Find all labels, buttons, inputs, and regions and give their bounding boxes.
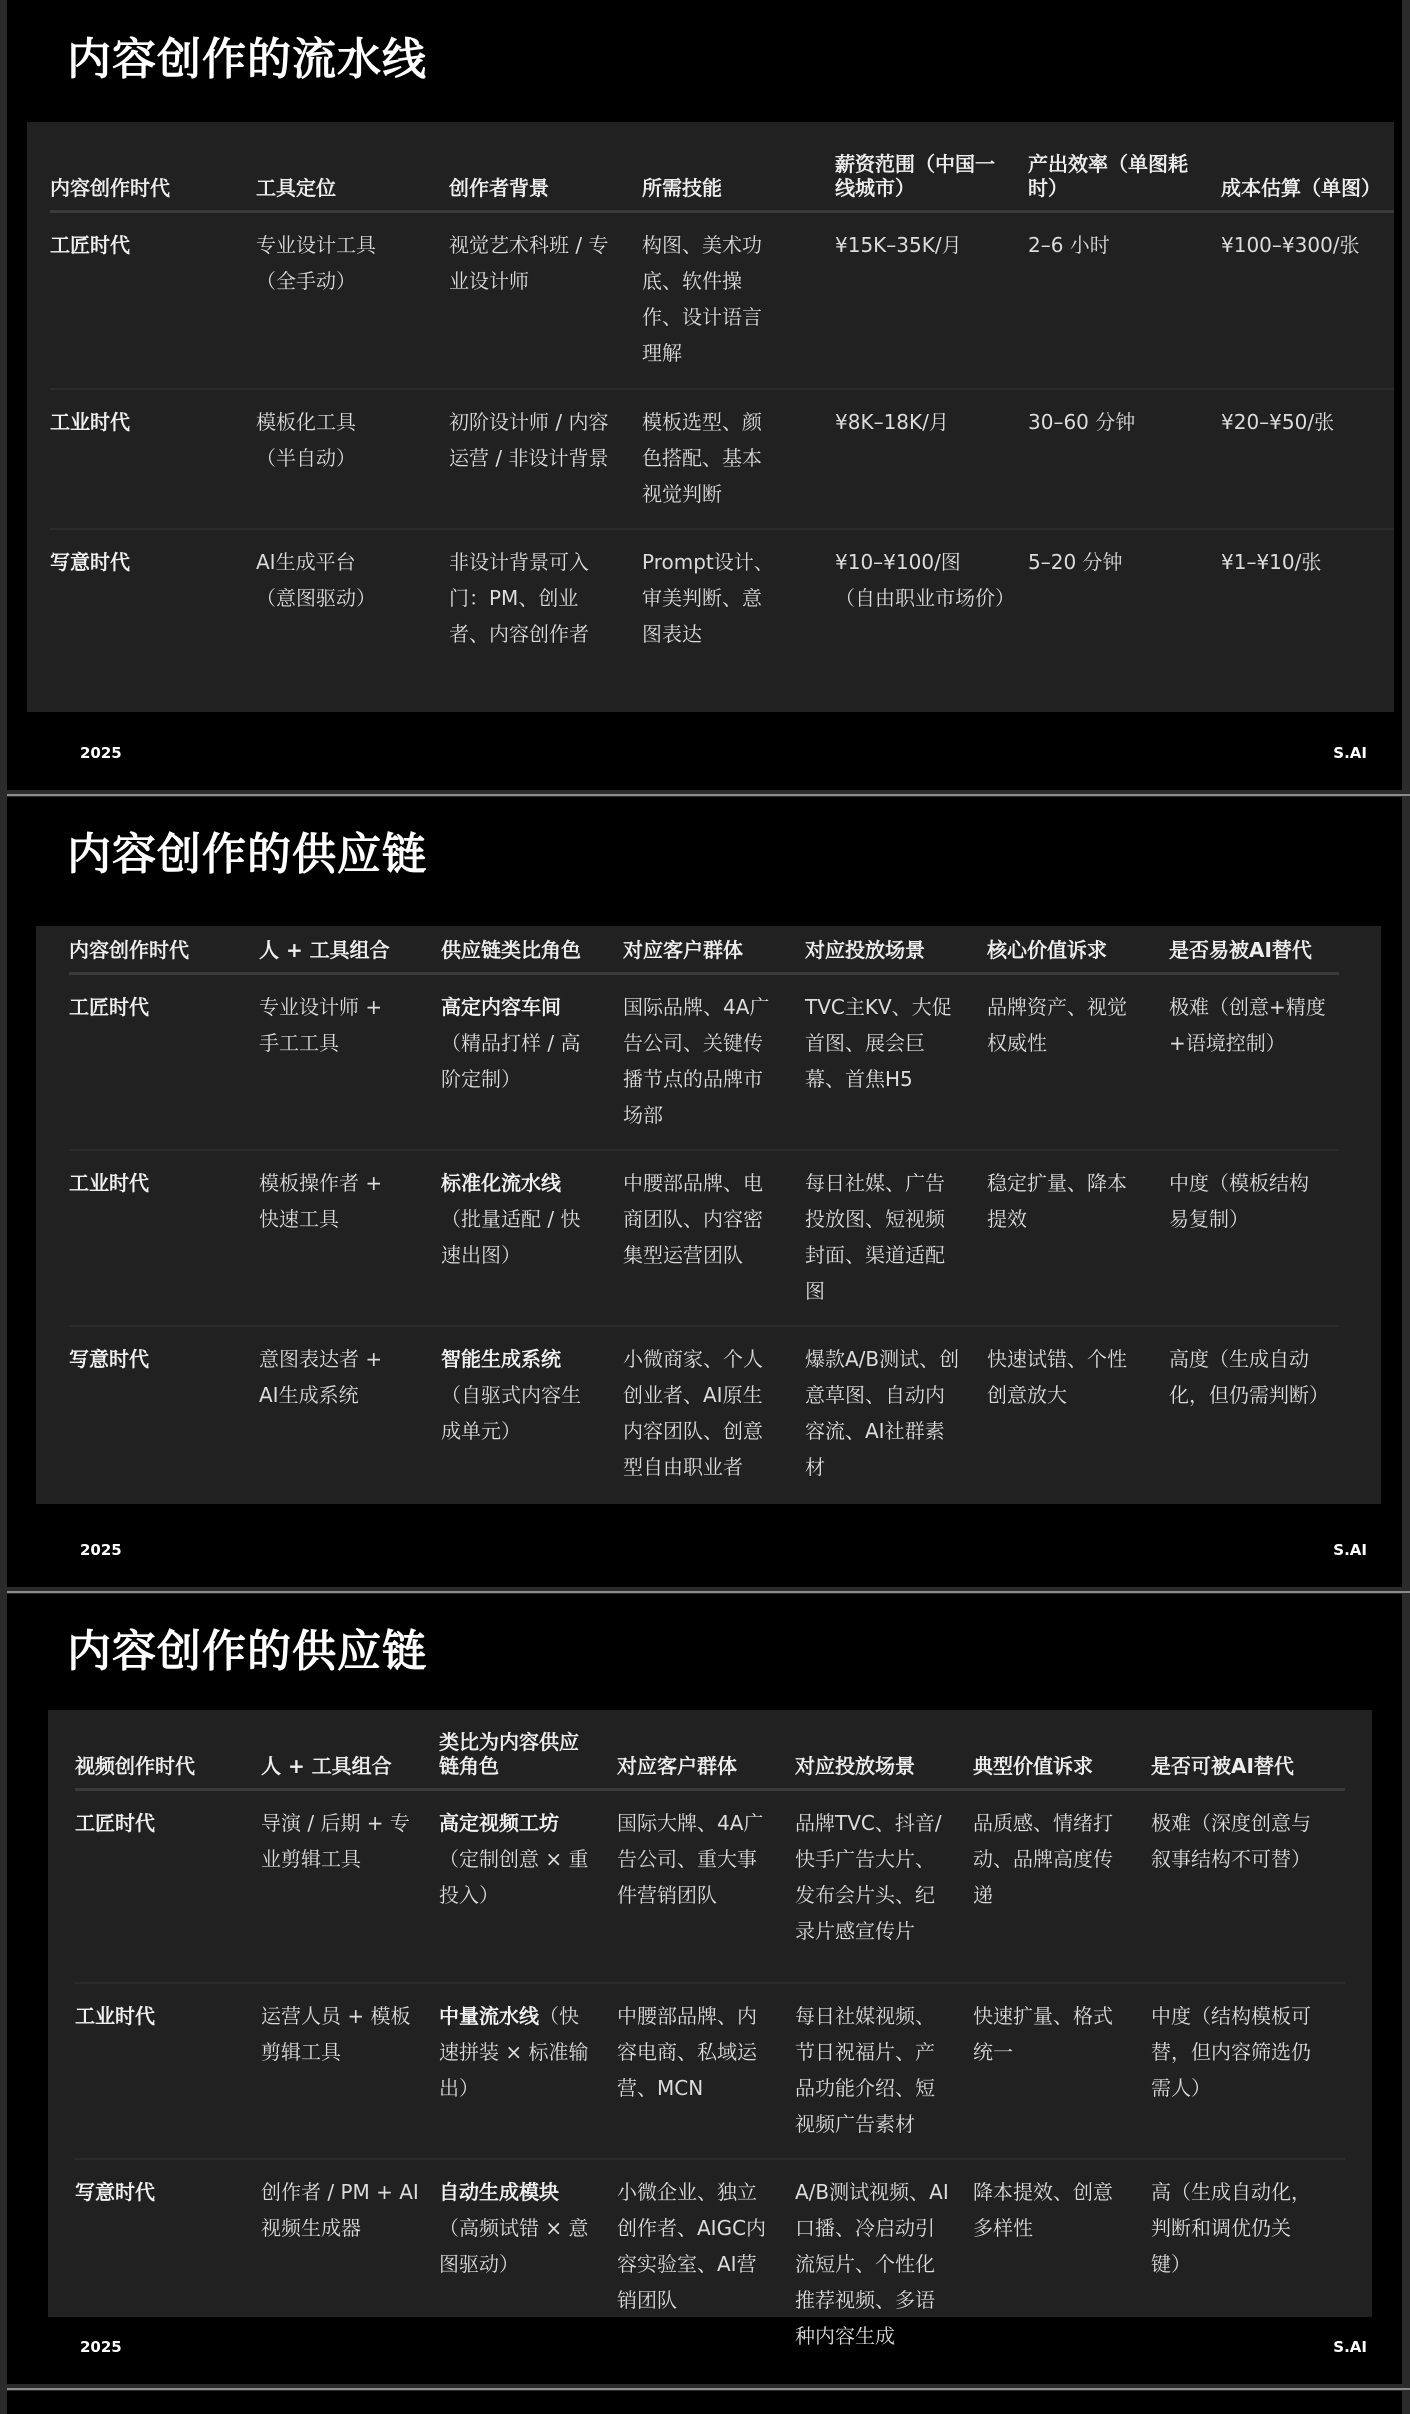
combo-cell: 创作者 / PM + AI视频生成器	[261, 2159, 439, 2370]
role-name: 高定视频工坊	[439, 1811, 559, 1835]
column-header: 薪资范围（中国一线城市）	[835, 152, 1028, 212]
column-header: 典型价值诉求	[973, 1730, 1151, 1790]
table-panel: 内容创作时代 人 + 工具组合 供应链类比角色 对应客户群体 对应投放场景 核心…	[36, 926, 1381, 1504]
customer-cell: 小微企业、独立创作者、AIGC内容实验室、AI营销团队	[617, 2159, 795, 2370]
background-cell: 视觉艺术科班 / 专业设计师	[449, 212, 642, 389]
efficiency-cell: 30–60 分钟	[1028, 389, 1221, 529]
table-row: 工匠时代 专业设计工具 （全手动） 视觉艺术科班 / 专业设计师 构图、美术功底…	[50, 212, 1394, 389]
table-header-row: 内容创作时代 工具定位 创作者背景 所需技能 薪资范围（中国一线城市） 产出效率…	[50, 152, 1394, 212]
role-cell: 高定内容车间（精品打样 / 高阶定制）	[441, 974, 623, 1151]
footer-year: 2025	[80, 744, 122, 762]
column-header: 成本估算（单图）	[1221, 152, 1394, 212]
column-header: 所需技能	[642, 152, 835, 212]
footer-brand: S.AI	[1333, 2338, 1367, 2356]
column-header: 核心价值诉求	[987, 938, 1169, 974]
scenario-cell: 品牌TVC、抖音/快手广告大片、发布会片头、纪录片感宣传片	[795, 1790, 973, 1983]
scenario-cell: A/B测试视频、AI口播、冷启动引流短片、个性化推荐视频、多语种内容生成	[795, 2159, 973, 2370]
column-header: 产出效率（单图耗时）	[1028, 152, 1221, 212]
customer-cell: 国际大牌、4A广告公司、重大事件营销团队	[617, 1790, 795, 1983]
column-header: 供应链类比角色	[441, 938, 623, 974]
customer-cell: 小微商家、个人创业者、AI原生内容团队、创意型自由职业者	[623, 1326, 805, 1516]
value-cell: 快速试错、个性创意放大	[987, 1326, 1169, 1516]
role-cell: 中量流水线（快速拼装 × 标准输出）	[439, 1983, 617, 2159]
slide-supply-chain-image: 内容创作的供应链 内容创作时代 人 + 工具组合 供应链类比角色 对应客户群体 …	[7, 797, 1402, 1587]
cost-cell: ¥20–¥50/张	[1221, 389, 1394, 529]
pipeline-table: 内容创作时代 工具定位 创作者背景 所需技能 薪资范围（中国一线城市） 产出效率…	[50, 152, 1394, 711]
value-cell: 稳定扩量、降本提效	[987, 1150, 1169, 1326]
table-row: 工业时代 模板化工具 （半自动） 初阶设计师 / 内容运营 / 非设计背景 模板…	[50, 389, 1394, 529]
era-cell: 写意时代	[69, 1326, 259, 1516]
combo-cell: 运营人员 + 模板剪辑工具	[261, 1983, 439, 2159]
role-cell: 高定视频工坊（定制创意 × 重投入）	[439, 1790, 617, 1983]
role-detail: （精品打样 / 高阶定制）	[441, 1031, 580, 1091]
ai-replace-cell: 高度（生成自动化，但仍需判断）	[1169, 1326, 1339, 1516]
customer-cell: 中腰部品牌、内容电商、私域运营、MCN	[617, 1983, 795, 2159]
column-header: 对应客户群体	[623, 938, 805, 974]
era-cell: 工匠时代	[50, 212, 256, 389]
scenario-cell: 每日社媒、广告投放图、短视频封面、渠道适配图	[805, 1150, 987, 1326]
footer-year: 2025	[80, 2338, 122, 2356]
role-cell: 自动生成模块（高频试错 × 意图驱动）	[439, 2159, 617, 2370]
ai-replace-cell: 高（生成自动化，判断和调优仍关键）	[1151, 2159, 1345, 2370]
slide-title: 内容创作的供应链	[67, 833, 427, 877]
column-header: 人 + 工具组合	[259, 938, 441, 974]
role-detail: （批量适配 / 快速出图）	[441, 1207, 580, 1267]
salary-cell: ¥8K–18K/月	[835, 389, 1028, 529]
column-header: 是否易被AI替代	[1169, 938, 1339, 974]
slide-title: 内容创作的流水线	[67, 38, 427, 82]
table-row: 工业时代 运营人员 + 模板剪辑工具 中量流水线（快速拼装 × 标准输出） 中腰…	[75, 1983, 1345, 2159]
ai-replace-cell: 极难（创意+精度+语境控制）	[1169, 974, 1339, 1151]
combo-cell: 模板操作者 + 快速工具	[259, 1150, 441, 1326]
slide-divider	[7, 794, 1410, 796]
table-row: 工匠时代 专业设计师 + 手工工具 高定内容车间（精品打样 / 高阶定制） 国际…	[69, 974, 1339, 1151]
era-cell: 工匠时代	[75, 1790, 261, 1983]
tool-cell: 专业设计工具 （全手动）	[256, 212, 449, 389]
footer-brand: S.AI	[1333, 1541, 1367, 1559]
scenario-cell: 爆款A/B测试、创意草图、自动内容流、AI社群素材	[805, 1326, 987, 1516]
table-header-row: 内容创作时代 人 + 工具组合 供应链类比角色 对应客户群体 对应投放场景 核心…	[69, 938, 1339, 974]
ai-replace-cell: 极难（深度创意与叙事结构不可替）	[1151, 1790, 1345, 1983]
era-cell: 工业时代	[69, 1150, 259, 1326]
ai-replace-cell: 中度（模板结构易复制）	[1169, 1150, 1339, 1326]
column-header: 对应投放场景	[805, 938, 987, 974]
efficiency-cell: 2–6 小时	[1028, 212, 1221, 389]
combo-cell: 意图表达者 + AI生成系统	[259, 1326, 441, 1516]
role-name: 智能生成系统	[441, 1347, 561, 1371]
column-header: 类比为内容供应链角色	[439, 1730, 617, 1790]
background-cell: 非设计背景可入门：PM、创业者、内容创作者	[449, 529, 642, 711]
supply-chain-table: 内容创作时代 人 + 工具组合 供应链类比角色 对应客户群体 对应投放场景 核心…	[69, 938, 1339, 1516]
tool-cell: 模板化工具 （半自动）	[256, 389, 449, 529]
era-cell: 写意时代	[50, 529, 256, 711]
role-cell: 智能生成系统（自驱式内容生成单元）	[441, 1326, 623, 1516]
slide-title: 内容创作的供应链	[67, 1630, 427, 1674]
value-cell: 降本提效、创意多样性	[973, 2159, 1151, 2370]
column-header: 内容创作时代	[50, 152, 256, 212]
role-name: 自动生成模块	[439, 2180, 559, 2204]
video-supply-chain-table: 视频创作时代 人 + 工具组合 类比为内容供应链角色 对应客户群体 对应投放场景…	[75, 1730, 1345, 2370]
table-panel: 视频创作时代 人 + 工具组合 类比为内容供应链角色 对应客户群体 对应投放场景…	[48, 1710, 1372, 2317]
column-header: 是否可被AI替代	[1151, 1730, 1345, 1790]
background-cell: 初阶设计师 / 内容运营 / 非设计背景	[449, 389, 642, 529]
column-header: 对应客户群体	[617, 1730, 795, 1790]
slide-divider	[7, 2388, 1410, 2390]
era-cell: 工业时代	[50, 389, 256, 529]
skills-cell: 模板选型、颜色搭配、基本视觉判断	[642, 389, 835, 529]
role-detail: （高频试错 × 意图驱动）	[439, 2216, 588, 2276]
footer-brand: S.AI	[1333, 744, 1367, 762]
slide-divider	[7, 1591, 1410, 1593]
cost-cell: ¥1–¥10/张	[1221, 529, 1394, 711]
role-name: 标准化流水线	[441, 1171, 561, 1195]
column-header: 工具定位	[256, 152, 449, 212]
footer-year: 2025	[80, 1541, 122, 1559]
column-header: 内容创作时代	[69, 938, 259, 974]
slide-supply-chain-video: 内容创作的供应链 视频创作时代 人 + 工具组合 类比为内容供应链角色 对应客户…	[7, 1594, 1402, 2384]
table-row: 写意时代 意图表达者 + AI生成系统 智能生成系统（自驱式内容生成单元） 小微…	[69, 1326, 1339, 1516]
era-cell: 工匠时代	[69, 974, 259, 1151]
cost-cell: ¥100–¥300/张	[1221, 212, 1394, 389]
customer-cell: 中腰部品牌、电商团队、内容密集型运营团队	[623, 1150, 805, 1326]
role-detail: （定制创意 × 重投入）	[439, 1847, 588, 1907]
skills-cell: Prompt设计、审美判断、意图表达	[642, 529, 835, 711]
slide-pipeline: 内容创作的流水线 内容创作时代 工具定位 创作者背景 所需技能 薪资范围（中国一…	[7, 0, 1402, 790]
salary-cell: ¥10–¥100/图 （自由职业市场价）	[835, 529, 1028, 711]
table-row: 工业时代 模板操作者 + 快速工具 标准化流水线（批量适配 / 快速出图） 中腰…	[69, 1150, 1339, 1326]
slide-next-partial	[7, 2391, 1402, 2414]
combo-cell: 导演 / 后期 + 专业剪辑工具	[261, 1790, 439, 1983]
tool-cell: AI生成平台 （意图驱动）	[256, 529, 449, 711]
value-cell: 快速扩量、格式统一	[973, 1983, 1151, 2159]
column-header: 人 + 工具组合	[261, 1730, 439, 1790]
role-cell: 标准化流水线（批量适配 / 快速出图）	[441, 1150, 623, 1326]
efficiency-cell: 5–20 分钟	[1028, 529, 1221, 711]
salary-cell: ¥15K–35K/月	[835, 212, 1028, 389]
table-row: 工匠时代 导演 / 后期 + 专业剪辑工具 高定视频工坊（定制创意 × 重投入）…	[75, 1790, 1345, 1983]
column-header: 对应投放场景	[795, 1730, 973, 1790]
era-cell: 工业时代	[75, 1983, 261, 2159]
scenario-cell: 每日社媒视频、节日祝福片、产品功能介绍、短视频广告素材	[795, 1983, 973, 2159]
customer-cell: 国际品牌、4A广告公司、关键传播节点的品牌市场部	[623, 974, 805, 1151]
column-header: 视频创作时代	[75, 1730, 261, 1790]
role-name: 中量流水线	[439, 2004, 539, 2028]
role-name: 高定内容车间	[441, 995, 561, 1019]
skills-cell: 构图、美术功底、软件操作、设计语言理解	[642, 212, 835, 389]
ai-replace-cell: 中度（结构模板可替，但内容筛选仍需人）	[1151, 1983, 1345, 2159]
value-cell: 品质感、情绪打动、品牌高度传递	[973, 1790, 1151, 1983]
table-panel: 内容创作时代 工具定位 创作者背景 所需技能 薪资范围（中国一线城市） 产出效率…	[27, 122, 1394, 712]
table-header-row: 视频创作时代 人 + 工具组合 类比为内容供应链角色 对应客户群体 对应投放场景…	[75, 1730, 1345, 1790]
combo-cell: 专业设计师 + 手工工具	[259, 974, 441, 1151]
scenario-cell: TVC主KV、大促首图、展会巨幕、首焦H5	[805, 974, 987, 1151]
value-cell: 品牌资产、视觉权威性	[987, 974, 1169, 1151]
role-detail: （自驱式内容生成单元）	[441, 1383, 581, 1443]
table-row: 写意时代 AI生成平台 （意图驱动） 非设计背景可入门：PM、创业者、内容创作者…	[50, 529, 1394, 711]
column-header: 创作者背景	[449, 152, 642, 212]
table-row: 写意时代 创作者 / PM + AI视频生成器 自动生成模块（高频试错 × 意图…	[75, 2159, 1345, 2370]
